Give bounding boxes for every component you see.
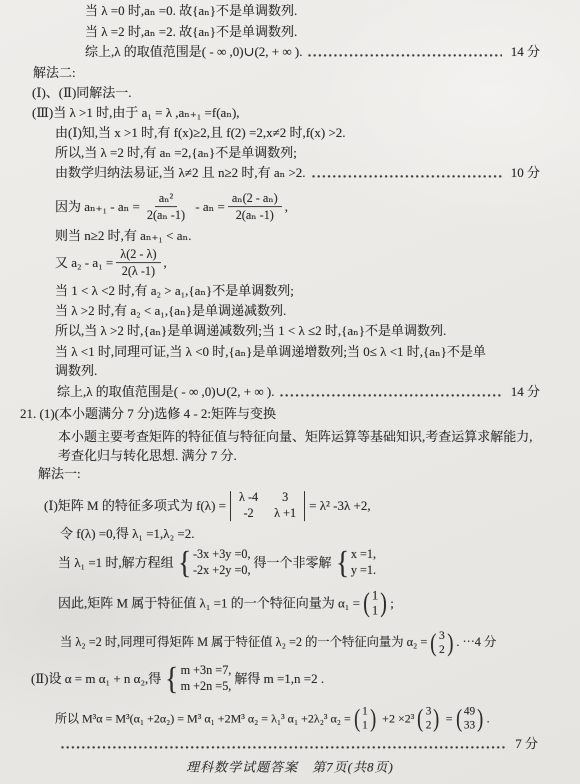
left-brace-icon: { [336,550,349,575]
text-run: 当 λ =2 时,aₙ =2. 故{aₙ}不是单调数列. [85,24,297,40]
system-equation: x =1, [351,547,376,563]
doc-line: (Ⅰ)矩阵 M 的特征多项式为 f(λ) =λ -43-2λ +1= λ² -3… [44,490,371,522]
score-label: 14 分 [511,44,540,60]
vector-entry: 2 [439,643,445,657]
doc-line: 解法二: [33,65,76,81]
left-brace-icon: { [165,666,178,691]
doc-line: 因为 aₙ₊₁ - aₙ =aₙ²2(aₙ -1) - aₙ =aₙ(2 - a… [55,191,288,223]
doc-line: 当 1 < λ <2 时,有 a₂ > a₁,{aₙ}不是单调数列; [55,283,294,299]
text-run: 令 f(λ) =0,得 λ₁ =1,λ₂ =2. [60,526,194,542]
text-run: 得一个非零解 [254,555,332,571]
text-run: 当 λ >2 时,有 a₂ < a₁,{aₙ}是单调递减数列. [55,303,286,319]
scanned-exam-answer-page: 当 λ =0 时,aₙ =0. 故{aₙ}不是单调数列.当 λ =2 时,aₙ … [0,0,580,784]
score-label: 10 分 [511,165,540,181]
system-equation: -3x +3y =0, [193,547,251,563]
system-equation: m +2n =5, [181,679,232,695]
system-equation: m +3n =7, [181,663,232,679]
doc-line: 由(Ⅰ)知,当 x >1 时,有 f(x)≥2,且 f(2) =2,x≠2 时,… [55,125,346,141]
vector-entries: 32 [425,705,433,732]
column-vector: (11) [353,705,377,732]
doc-line: 21. (1)(本小题满分 7 分)选修 4 - 2:矩阵与变换 [20,406,276,422]
doc-line: 令 f(λ) =0,得 λ₁ =1,λ₂ =2. [60,526,194,542]
left-paren: ( [431,632,437,654]
math-fraction: aₙ(2 - aₙ)2(aₙ -1) [228,191,282,223]
vector-entry: 33 [464,719,475,733]
doc-line: 综上,λ 的取值范围是( - ∞ ,0)∪(2, + ∞ ).14 分 [85,44,540,60]
system-equations: x =1,y =1. [351,547,376,579]
vector-entries: 32 [438,629,446,657]
text-run: 所以 M³α = M³(α₁ +2α₂) = M³ α₁ +2M³ α₂ = λ… [55,712,351,727]
vector-entries: 4933 [463,705,476,732]
text-run: = λ² -3λ +2, [309,498,371,514]
text-run: 综上,λ 的取值范围是( - ∞ ,0)∪(2, + ∞ ). [57,384,274,400]
text-run: 当 λ <1 时,同理可证,当 λ <0 时,{aₙ}是单调递增数列;当 0≤ … [55,344,486,360]
dot-leader [280,394,501,397]
text-run: 当 λ₂ =2 时,同理可得矩阵 M 属于特征值 λ₂ =2 的一个特征向量为 … [60,635,427,650]
column-vector: (32) [429,629,454,657]
text-run: - aₙ = [192,199,225,215]
matrix-determinant: λ -43-2λ +1 [230,490,305,522]
fraction-numerator: aₙ(2 - aₙ) [228,191,282,207]
doc-line: 因此,矩阵 M 属于特征值 λ₁ =1 的一个特征向量为 α₁ =(11); [58,588,394,617]
doc-line: 所以,当 λ >2 时,{aₙ}是单调递减数列;当 1 < λ ≤2 时,{aₙ… [55,323,446,339]
text-run: 当 1 < λ <2 时,有 a₂ > a₁,{aₙ}不是单调数列; [55,283,294,299]
doc-line: 调数列. [55,363,97,379]
score-label: 14 分 [511,384,540,400]
text-run: (Ⅰ)矩阵 M 的特征多项式为 f(λ) = [44,498,226,514]
right-paren: ) [447,632,453,654]
text-run: . [487,712,490,727]
doc-line: 当 λ₁ =1 时,解方程组{-3x +3y =0,-2x +2y =0,得一个… [58,547,379,579]
text-run: 调数列. [55,363,97,379]
system-equations: m +3n =7,m +2n =5, [181,663,232,695]
left-paren: ( [456,708,462,729]
vector-entry: 3 [439,629,445,643]
doc-line: 当 λ =2 时,aₙ =2. 故{aₙ}不是单调数列. [85,24,297,40]
doc-line: 解法一: [38,466,81,482]
text-run: 当 λ =0 时,aₙ =0. 故{aₙ}不是单调数列. [85,3,297,19]
equation-system: {-3x +3y =0,-2x +2y =0, [177,547,251,579]
doc-line: 当 λ <1 时,同理可证,当 λ <0 时,{aₙ}是单调递增数列;当 0≤ … [55,344,486,360]
fraction-denominator: 2(λ -1) [118,264,159,279]
doc-line: (Ⅱ)设 α = m α₁ + n α₂,得{m +3n =7,m +2n =5… [31,663,324,695]
left-paren: ( [354,708,360,729]
right-paren: ) [477,708,483,729]
text-run: , [285,199,288,215]
equation-system: {x =1,y =1. [335,547,377,579]
text-run: 又 a₂ - a₁ = [55,255,113,271]
determinant-entry: λ -4 [239,490,258,506]
doc-line: 考查化归与转化思想. 满分 7 分. [58,448,237,464]
text-run: (Ⅲ)当 λ >1 时,由于 a₁ = λ ,aₙ₊₁ =f(aₙ), [32,105,240,121]
doc-line: 所以 M³α = M³(α₁ +2α₂) = M³ α₁ +2M³ α₂ = λ… [55,705,490,732]
doc-line: 则当 n≥2 时,有 aₙ₊₁ < aₙ. [55,228,191,244]
column-vector: (32) [416,705,440,732]
fraction-denominator: 2(aₙ -1) [232,208,278,223]
text-run: 解得 m =1,n =2 . [234,671,324,687]
score-label: 7 分 [515,736,538,752]
text-run: , [164,255,167,271]
determinant-entry: -2 [239,506,258,522]
determinant-entry: λ +1 [274,506,296,522]
text-run: 由(Ⅰ)知,当 x >1 时,有 f(x)≥2,且 f(2) =2,x≠2 时,… [55,125,346,141]
doc-line: 当 λ₂ =2 时,同理可得矩阵 M 属于特征值 λ₂ =2 的一个特征向量为 … [60,629,496,657]
fraction-denominator: 2(aₙ -1) [143,208,189,223]
vector-entry: 49 [464,705,475,719]
fraction-numerator: aₙ² [155,191,177,207]
doc-line: 本小题主要考查矩阵的特征值与特征向量、矩阵运算等基础知识,考查运算求解能力, [58,429,533,445]
page-footer: 理科数学试题答案 第7页(共8页) [0,757,580,776]
text-run: (Ⅱ)设 α = m α₁ + n α₂,得 [31,671,161,687]
vector-entries: 11 [361,705,369,732]
system-equation: y =1. [351,563,376,579]
doc-line: 当 λ =0 时,aₙ =0. 故{aₙ}不是单调数列. [85,3,297,19]
vector-entry: 3 [426,705,432,719]
doc-line: 又 a₂ - a₁ =λ(2 - λ)2(λ -1), [55,247,167,279]
vector-entry: 1 [372,588,378,603]
vector-entry: 2 [426,719,432,733]
doc-line: 由数学归纳法易证,当 λ≠2 且 n≥2 时,有 aₙ >2.10 分 [55,165,540,181]
text-run: (Ⅰ)、(Ⅱ)同解法一. [32,85,132,101]
column-vector: (11) [362,588,388,617]
doc-line: 7 分 [55,736,538,752]
determinant-entry: 3 [274,490,296,506]
system-equation: -2x +2y =0, [193,563,251,579]
left-paren: ( [363,591,370,614]
text-run: 解法一: [38,466,81,482]
vector-entry: 1 [372,603,378,618]
text-run: = [443,712,453,727]
doc-line: (Ⅰ)、(Ⅱ)同解法一. [32,85,132,101]
doc-line: 综上,λ 的取值范围是( - ∞ ,0)∪(2, + ∞ ).14 分 [57,384,540,400]
text-run: 本小题主要考查矩阵的特征值与特征向量、矩阵运算等基础知识,考查运算求解能力, [58,429,533,445]
math-fraction: λ(2 - λ)2(λ -1) [116,247,160,279]
text-run: +2 ×2³ [379,712,414,727]
text-run: 所以,当 λ >2 时,{aₙ}是单调递减数列;当 1 < λ ≤2 时,{aₙ… [55,323,446,339]
text-run: 则当 n≥2 时,有 aₙ₊₁ < aₙ. [55,228,191,244]
left-brace-icon: { [178,550,191,575]
text-run: 所以,当 λ =2 时,有 aₙ =2,{aₙ}不是单调数列; [55,145,297,161]
vector-entry: 1 [362,719,368,733]
equation-system: {m +3n =7,m +2n =5, [164,663,231,695]
right-paren: ) [434,708,440,729]
math-fraction: aₙ²2(aₙ -1) [143,191,189,223]
doc-line: (Ⅲ)当 λ >1 时,由于 a₁ = λ ,aₙ₊₁ =f(aₙ), [32,105,240,121]
left-paren: ( [417,708,423,729]
doc-line: 当 λ >2 时,有 a₂ < a₁,{aₙ}是单调递减数列. [55,303,286,319]
text-run: . ⋯4 分 [456,635,496,650]
text-run: 综上,λ 的取值范围是( - ∞ ,0)∪(2, + ∞ ). [85,44,302,60]
right-bar [304,491,305,521]
determinant-entries: λ -43-2λ +1 [231,490,304,522]
text-run: 由数学归纳法易证,当 λ≠2 且 n≥2 时,有 aₙ >2. [55,165,306,181]
dot-leader [61,746,506,749]
text-run: 考查化归与转化思想. 满分 7 分. [58,448,237,464]
doc-line: 所以,当 λ =2 时,有 aₙ =2,{aₙ}不是单调数列; [55,145,297,161]
right-paren: ) [370,708,376,729]
text-run: 因为 aₙ₊₁ - aₙ = [55,199,140,215]
text-run: 21. (1)(本小题满分 7 分)选修 4 - 2:矩阵与变换 [20,406,276,422]
text-run: ; [390,595,394,611]
text-run: 解法二: [33,65,76,81]
system-equations: -3x +3y =0,-2x +2y =0, [193,547,251,579]
right-paren: ) [380,591,387,614]
dot-leader [308,54,501,57]
column-vector: (4933) [455,705,485,732]
text-run: 当 λ₁ =1 时,解方程组 [58,555,174,571]
dot-leader [312,175,502,178]
text-run: 因此,矩阵 M 属于特征值 λ₁ =1 的一个特征向量为 α₁ = [58,595,360,611]
fraction-numerator: λ(2 - λ) [116,247,160,263]
vector-entry: 1 [362,705,368,719]
vector-entries: 11 [371,588,379,617]
